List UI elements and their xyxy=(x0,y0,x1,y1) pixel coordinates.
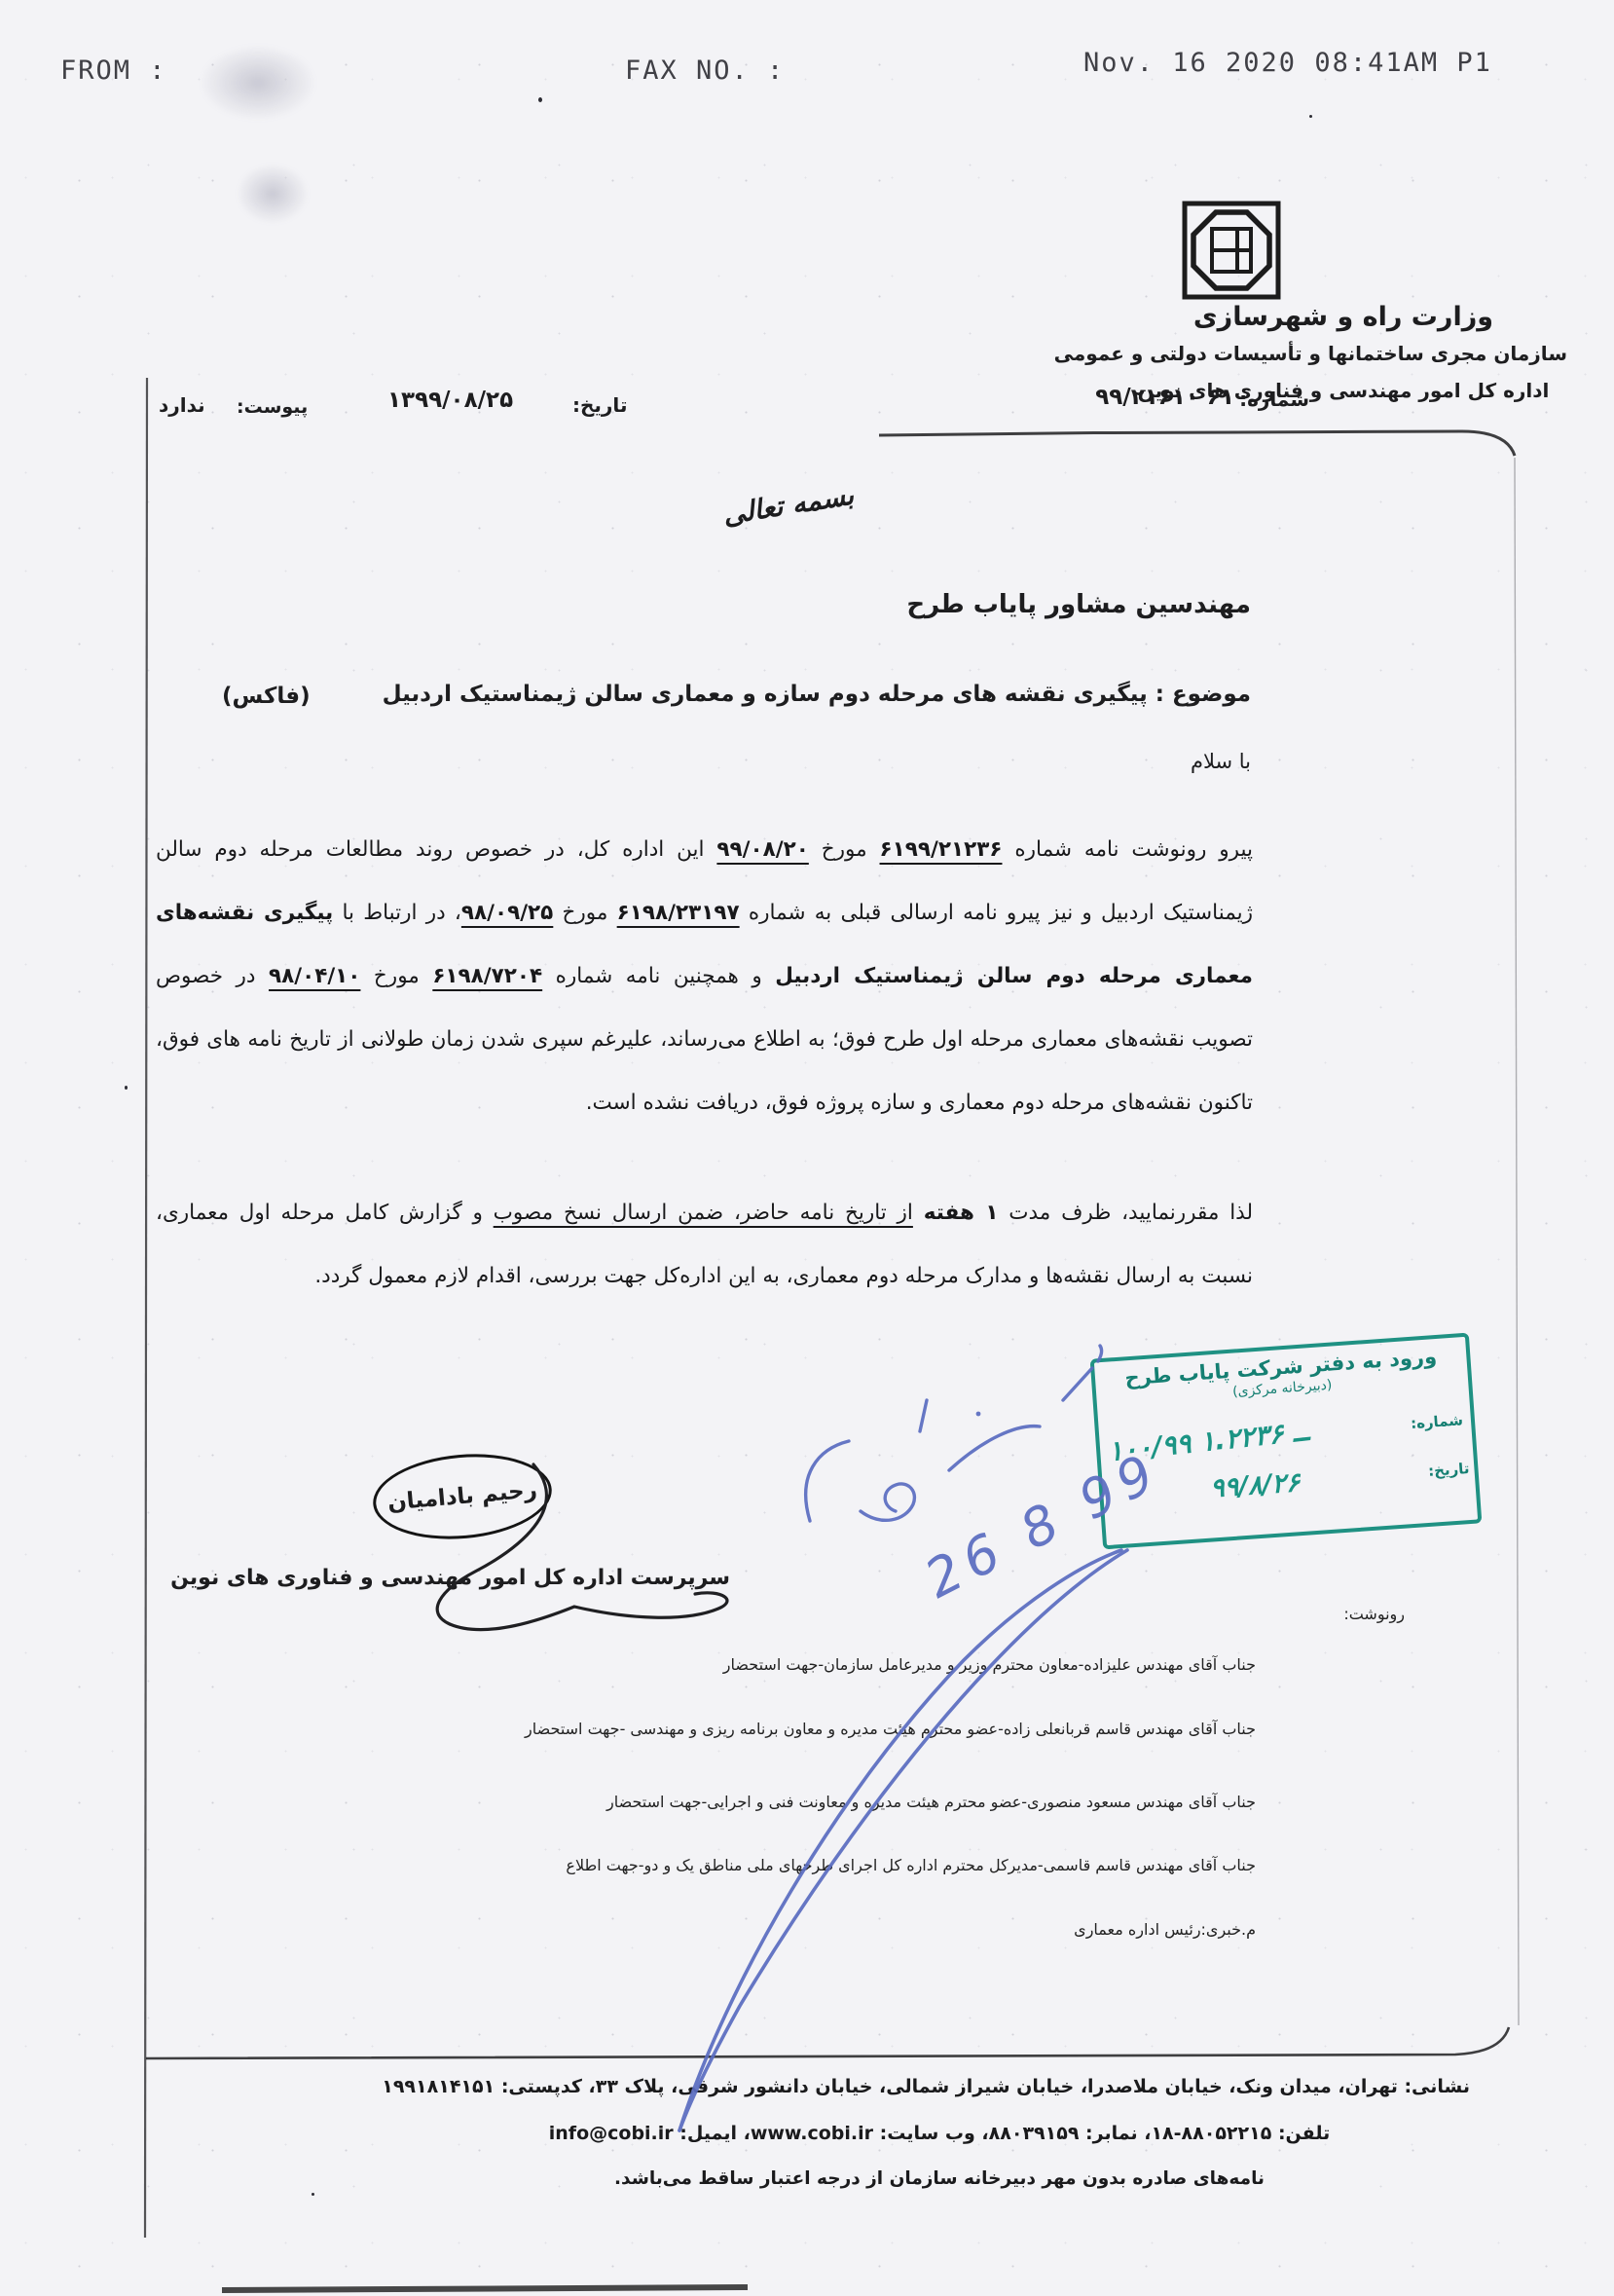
meta-date-value: ۱۳۹۹/۰۸/۲۵ xyxy=(387,388,513,413)
subject-fax-note: (فاکس) xyxy=(222,684,311,709)
company-entry-stamp: ورود به دفتر شرکت پایاب طرح (دبیرخانه مر… xyxy=(1090,1333,1483,1550)
meta-attachment-label: پیوست: xyxy=(237,396,308,418)
meta-attachment-value: ندارد xyxy=(159,393,205,417)
subject-text: پیگیری نقشه های مرحله دوم سازه و معماری … xyxy=(383,682,1148,707)
subject-line: موضوع : پیگیری نقشه های مرحله دوم سازه و… xyxy=(383,682,1251,707)
body-line: معماری مرحله دوم سالن ژیمناستیک اردبیل و… xyxy=(156,957,1253,1000)
signature-title: سرپرست اداره کل امور مهندسی و فناوری های… xyxy=(232,1566,730,1590)
letterhead-organization: سازمان مجری ساختمانها و تأسیسات دولتی و … xyxy=(1119,342,1567,365)
greeting-line: با سلام xyxy=(1191,750,1251,773)
body-line: تاکنون نقشه‌های مرحله دوم معماری و سازه … xyxy=(156,1084,1253,1127)
meta-number-value: ۹۹/۲۱۶۱۰ ۶۱ xyxy=(1095,385,1234,410)
recipient-line: مهندسین مشاور پایاب طرح xyxy=(906,590,1251,619)
stamp-number-handwritten: ۱۰۰/۹۹ ــ ۱.۲۲۳۶ xyxy=(1107,1415,1310,1467)
body-line: تصویب نقشه‌های معماری مرحله اول طرح فوق؛… xyxy=(156,1020,1253,1063)
stamp-date-label: تاریخ: xyxy=(1428,1460,1470,1480)
meta-number-label: شماره: xyxy=(1239,388,1309,411)
ministry-window-logo xyxy=(1180,199,1283,302)
meta-date-label: تاریخ: xyxy=(572,393,627,417)
fax-page: FROM : FAX NO. : Nov. 16 2020 08:41AM P1… xyxy=(0,0,1614,2296)
body-line: ژیمناستیک اردبیل و نیز پیرو نامه ارسالی … xyxy=(156,894,1253,937)
stamp-date-handwritten: ۹۹/۸/۲۶ xyxy=(1209,1467,1301,1503)
letterhead-ministry: وزارت راه و شهرسازی xyxy=(1149,302,1538,332)
body-line: نسبت به ارسال نقشه‌ها و مدارک مرحله دوم … xyxy=(156,1257,1253,1300)
subject-label: موضوع : xyxy=(1155,682,1251,707)
body-line: لذا مقررنمایید، ظرف مدت ۱ هفته از تاریخ … xyxy=(156,1194,1253,1237)
stamp-number-label: شماره: xyxy=(1410,1411,1463,1432)
body-line: پیرو رونوشت نامه شماره ۶۱۹۹/۲۱۲۳۶ مورخ ۹… xyxy=(156,831,1253,873)
signature-name: رحیم بادامیان xyxy=(386,1477,538,1515)
